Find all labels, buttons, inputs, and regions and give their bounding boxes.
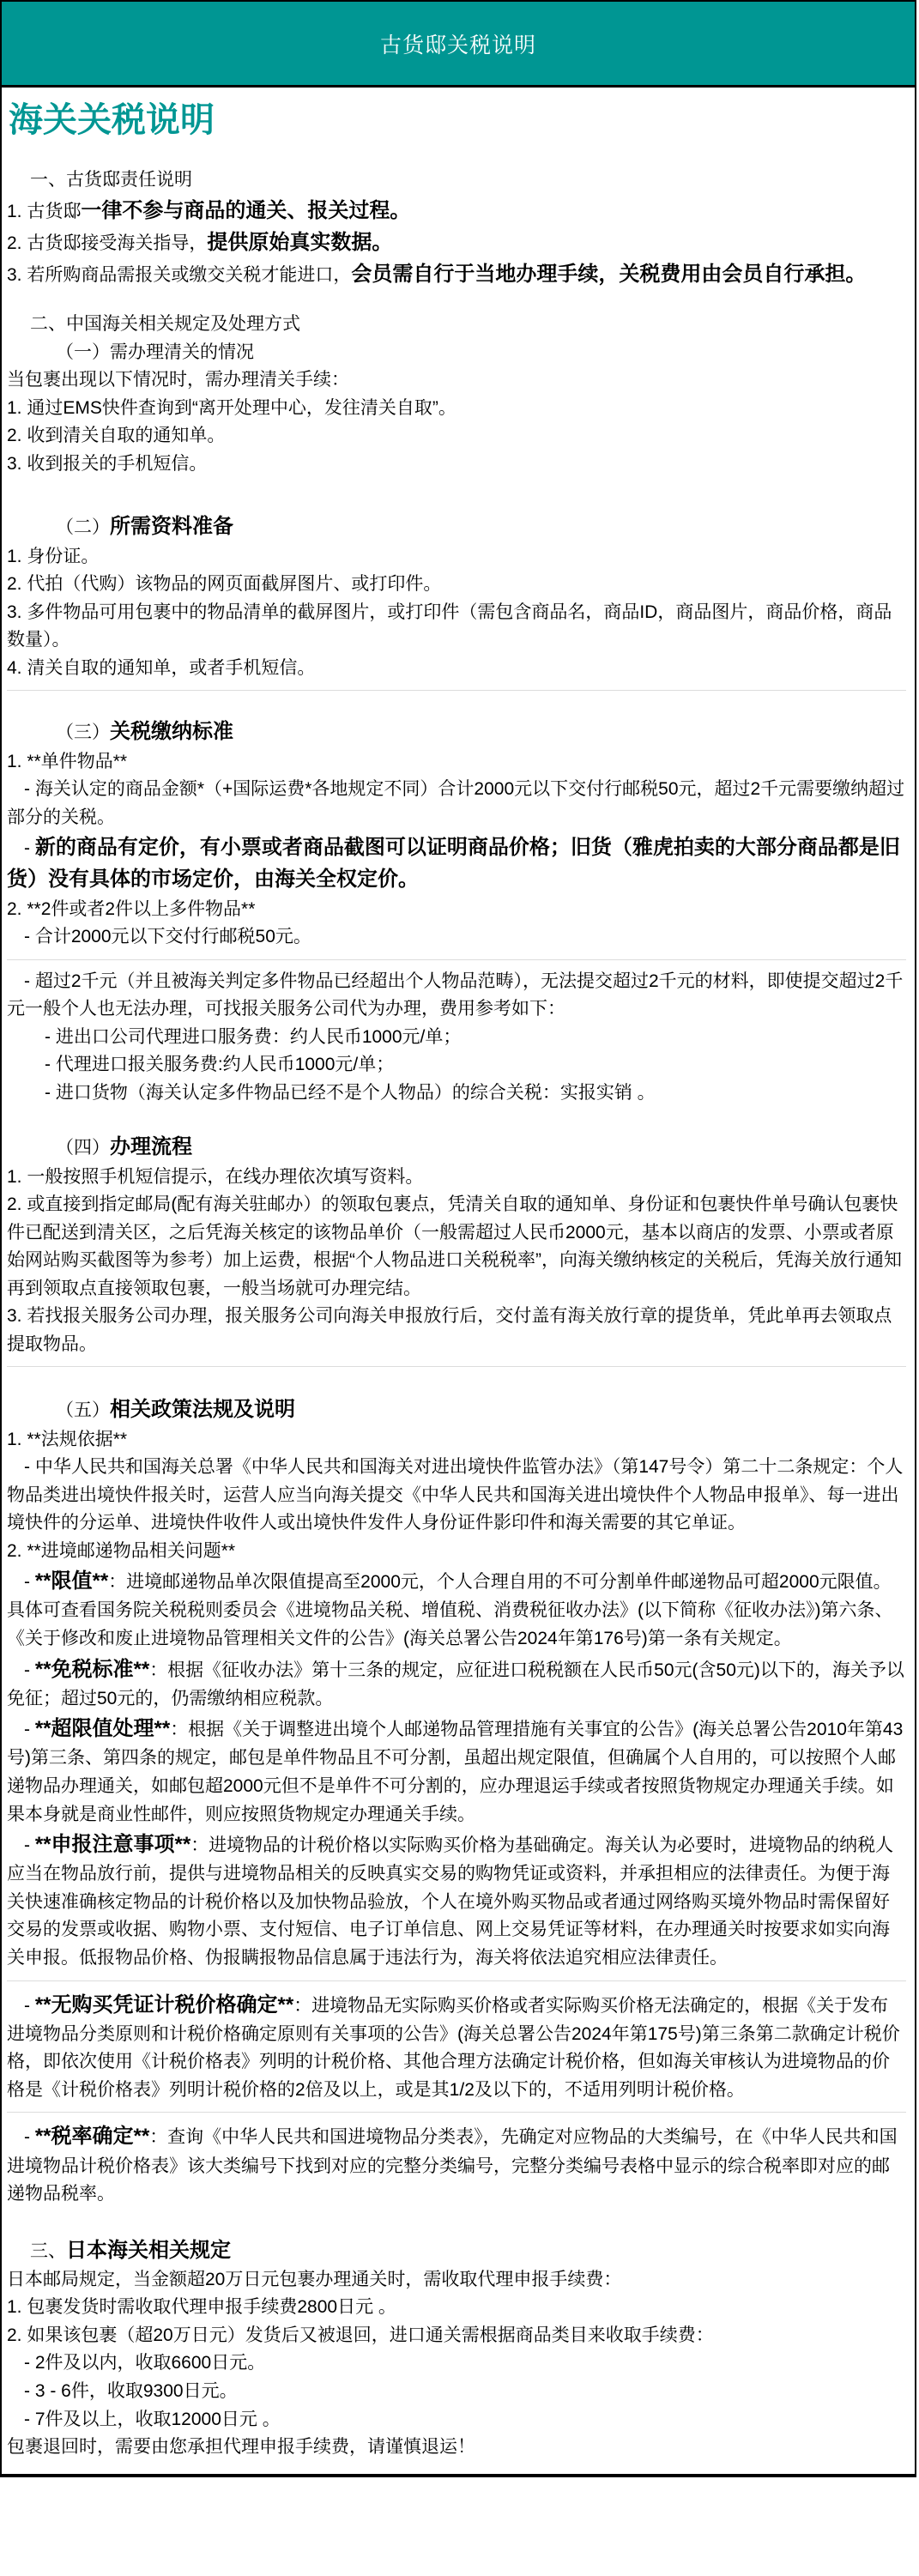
document-line: 1. **单件物品** [7, 748, 906, 777]
document-line: 1. 包裹发货时需收取代理申报手续费2800日元 。 [7, 2294, 906, 2322]
document-line: 2. 如果该包裹（超20万日元）发货后又被退回，进口通关需根据商品类目来收取手续… [7, 2322, 906, 2350]
document-line: 3. 若找报关服务公司办理，报关服务公司向海关申报放行后，交付盖有海关放行章的提… [7, 1303, 906, 1358]
emphasized-text: 相关政策法规及说明 [110, 1398, 295, 1421]
document-line: 二、中国海关相关规定及处理方式 [7, 311, 906, 339]
spacer [7, 1375, 906, 1394]
document-line: - **限值**：进境邮递物品单次限值提高至2000元，个人合理自用的不可分割单… [7, 1565, 906, 1653]
document-line: - 7件及以上，收取12000日元 。 [7, 2406, 906, 2434]
section-divider [7, 1980, 906, 1981]
document-content: 海关关税说明 一、古货邸责任说明1. 古货邸一律不参与商品的通关、报关过程。2.… [2, 88, 915, 2474]
document-line: 3. 若所购商品需报关或缴交关税才能进口，会员需自行于当地办理手续，关税费用由会… [7, 258, 906, 290]
emphasized-text: 提供原始真实数据。 [207, 231, 392, 254]
spacer [7, 1107, 906, 1131]
document-line: - 中华人民共和国海关总署《中华人民共和国海关对进出境快件监管办法》（第147号… [7, 1454, 906, 1538]
document-line: - 2件及以内，收取6600日元。 [7, 2349, 906, 2378]
emphasized-text: 办理流程 [110, 1135, 192, 1158]
document-line: 1. **法规依据** [7, 1426, 906, 1454]
section-divider [7, 690, 906, 691]
emphasized-text: 所需资料准备 [110, 515, 233, 538]
document-line: - 合计2000元以下交付行邮税50元。 [7, 923, 906, 952]
document-line: 1. 通过EMS快件查询到“离开处理中心，发往清关自取”。 [7, 395, 906, 423]
section-divider [7, 2112, 906, 2113]
spacer [7, 478, 906, 511]
emphasized-text: 关税缴纳标准 [110, 720, 233, 743]
document-line: 2. **进境邮递物品相关问题** [7, 1538, 906, 1566]
document-line: - 进出口公司代理进口服务费：约人民币1000元/单； [7, 1024, 906, 1052]
document-line: - **申报注意事项**：进境物品的计税价格以实际购买价格为基础确定。海关认为必… [7, 1829, 906, 1972]
app-header-title: 古货邸关税说明 [380, 28, 536, 59]
app-header: 古货邸关税说明 [2, 2, 915, 88]
document-line: 2. 古货邸接受海关指导，提供原始真实数据。 [7, 227, 906, 258]
document-line: （五）相关政策法规及说明 [7, 1394, 906, 1425]
document-line: 三、日本海关相关规定 [7, 2234, 906, 2266]
document-line: 1. 古货邸一律不参与商品的通关、报关过程。 [7, 195, 906, 227]
emphasized-text: **税率确定** [35, 2125, 149, 2148]
emphasized-text: 日本海关相关规定 [66, 2239, 231, 2262]
emphasized-text: **免税标准** [35, 1658, 149, 1681]
emphasized-text: 一律不参与商品的通关、报关过程。 [81, 199, 410, 222]
document-line: 2. 收到清关自取的通知单。 [7, 422, 906, 450]
document-line: - 进口货物（海关认定多件物品已经不是个人物品）的综合关税：实报实销 。 [7, 1079, 906, 1108]
document-line: 3. 收到报关的手机短信。 [7, 450, 906, 479]
document-line: - 代理进口报关服务费:约人民币1000元/单； [7, 1051, 906, 1079]
emphasized-text: **限值** [35, 1569, 108, 1593]
page-title: 海关关税说明 [9, 100, 906, 141]
page: 古货邸关税说明 海关关税说明 一、古货邸责任说明1. 古货邸一律不参与商品的通关… [0, 0, 916, 2477]
spacer [7, 2209, 906, 2234]
spacer [7, 698, 906, 716]
document-line: 4. 清关自取的通知单，或者手机短信。 [7, 655, 906, 683]
document-line: （四）办理流程 [7, 1131, 906, 1163]
document-line: 1. 身份证。 [7, 543, 906, 571]
document-line: 2. 或直接到指定邮局(配有海关驻邮办）的领取包裹点，凭清关自取的通知单、身份证… [7, 1191, 906, 1303]
document-line: 2. **2件或者2件以上多件物品** [7, 896, 906, 924]
document-line: - 新的商品有定价，有小票或者商品截图可以证明商品价格；旧货（雅虎拍卖的大部分商… [7, 831, 906, 895]
document-line: 3. 多件物品可用包裹中的物品清单的截屏图片，或打印件（需包含商品名，商品ID，… [7, 599, 906, 655]
document-line: 1. 一般按照手机短信提示，在线办理依次填写资料。 [7, 1164, 906, 1192]
document-line: - **税率确定**：查询《中华人民共和国进境物品分类表》，先确定对应物品的大类… [7, 2120, 906, 2208]
document-line: 2. 代拍（代购）该物品的网页面截屏图片、或打印件。 [7, 571, 906, 599]
emphasized-text: **申报注意事项** [35, 1833, 190, 1856]
document-line: - 3 - 6件，收取9300日元。 [7, 2378, 906, 2406]
emphasized-text: 新的商品有定价，有小票或者商品截图可以证明商品价格；旧货（雅虎拍卖的大部分商品都… [7, 836, 900, 891]
document-line: 包裹退回时，需要由您承担代理申报手续费，请谨慎退运！ [7, 2434, 906, 2462]
document-line: 当包裹出现以下情况时，需办理清关手续： [7, 366, 906, 395]
document-line: 一、古货邸责任说明 [7, 166, 906, 195]
document-line: - 超过2千元（并且被海关判定多件物品已经超出个人物品范畴），无法提交超过2千元… [7, 968, 906, 1024]
emphasized-text: 会员需自行于当地办理手续，关税费用由会员自行承担。 [351, 263, 866, 286]
document-line: （二）所需资料准备 [7, 511, 906, 542]
emphasized-text: **无购买凭证计税价格确定** [35, 1993, 293, 2017]
document-line: 日本邮局规定，当金额超20万日元包裹办理通关时，需收取代理申报手续费： [7, 2266, 906, 2295]
document-line: （一）需办理清关的情况 [7, 339, 906, 367]
document-line: - 海关认定的商品金额*（+国际运费*各地规定不同）合计2000元以下交付行邮税… [7, 776, 906, 831]
document-body: 一、古货邸责任说明1. 古货邸一律不参与商品的通关、报关过程。2. 古货邸接受海… [7, 166, 906, 2462]
document-line: - **无购买凭证计税价格确定**：进境物品无实际购买价格或者实际购买价格无法确… [7, 1989, 906, 2105]
document-line: - **超限值处理**：根据《关于调整进出境个人邮递物品管理措施有关事宜的公告》… [7, 1713, 906, 1829]
emphasized-text: **超限值处理** [35, 1717, 170, 1740]
spacer [7, 290, 906, 311]
document-line: （三）关税缴纳标准 [7, 716, 906, 747]
section-divider [7, 1366, 906, 1367]
document-line: - **免税标准**：根据《征收办法》第十三条的规定，应征进口税税额在人民币50… [7, 1654, 906, 1714]
section-divider [7, 959, 906, 960]
